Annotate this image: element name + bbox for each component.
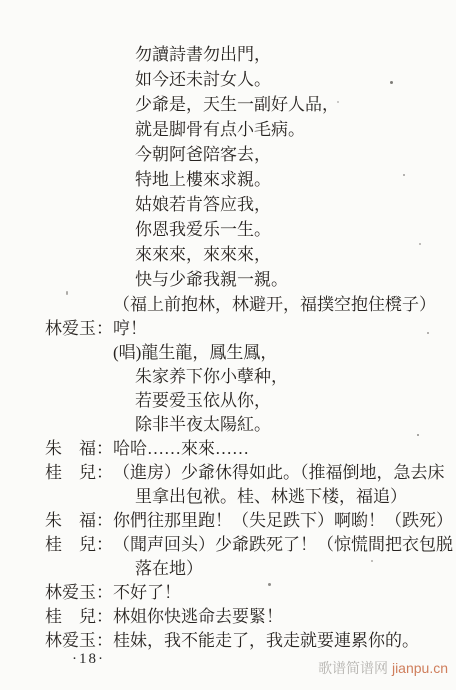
dialogue-row: 林爱玉： 不好了！ xyxy=(45,581,456,605)
dialogue-line: 林姐你快逃命去要緊！ xyxy=(113,605,456,629)
speaker-name xyxy=(45,341,113,437)
watermark: 歌谱简谱网 jianpu.cn xyxy=(318,658,448,678)
dialogue-row: 朱 福： 你們往那里跑！（失足跌下）啊喲！（跌死） xyxy=(45,509,456,533)
dialogue-row: 桂 兒： 林姐你快逃命去要緊！ xyxy=(45,605,456,629)
verse-line: 特地上樓來求親。 xyxy=(135,167,456,192)
dialogue-row: 朱 福： 哈哈……來來…… xyxy=(45,437,456,461)
dialogue-section: 林爱玉： 哼！ (唱)龍生龍，鳳生鳳， 朱家养下你小孽种， 若要爱玉依从你， 除… xyxy=(45,317,456,653)
speaker-name: 林爱玉： xyxy=(45,581,113,605)
ink-speck xyxy=(66,291,68,295)
verse-line: 勿讀詩書勿出門， xyxy=(135,42,456,67)
ink-speck xyxy=(427,332,429,334)
dialogue-row: 桂 兒： （聞声回头）少爺跌死了！（惊慌間把衣包脱 落在地） xyxy=(45,533,456,581)
speaker-name: 林爱玉： xyxy=(45,629,113,653)
sung-line: 朱家养下你小孽种， xyxy=(113,365,456,389)
verse-line: 來來來，來來來， xyxy=(135,242,456,267)
speaker-name: 朱 福： xyxy=(45,437,113,461)
ink-speck xyxy=(371,560,373,562)
dialogue-line: 不好了！ xyxy=(113,581,456,605)
verse-line: 少爺是，天生一副好人品， xyxy=(135,92,456,117)
ink-speck xyxy=(417,434,419,436)
sung-line: 除非半夜太陽紅。 xyxy=(113,413,456,437)
dialogue-line: （進房）少爺休得如此。（推福倒地，急去床 xyxy=(113,461,456,485)
verse-line: 快与少爺我親一親。 xyxy=(135,267,456,292)
ink-speck xyxy=(403,174,405,176)
dialogue-row: 桂 兒： （進房）少爺休得如此。（推福倒地，急去床 里拿出包袱。桂、林逃下楼，福… xyxy=(45,461,456,509)
verse-line: 如今还未討女人。 xyxy=(135,67,456,92)
verse-line: 姑娘若肯答应我， xyxy=(135,192,456,217)
watermark-site-name: 歌谱简谱网 xyxy=(318,660,388,676)
speaker-name: 林爱玉： xyxy=(45,317,113,341)
stage-direction: （福上前抱林，林避开，福撲空抱住櫈子） xyxy=(45,292,456,317)
speaker-name: 朱 福： xyxy=(45,509,113,533)
dialogue-line: 哈哈……來來…… xyxy=(113,437,456,461)
ink-speck xyxy=(268,583,271,586)
ink-speck xyxy=(419,243,421,245)
verse-line: 今朝阿爸陪客去， xyxy=(135,142,456,167)
dialogue-line: （聞声回头）少爺跌死了！（惊慌間把衣包脱 xyxy=(113,533,456,557)
dialogue-line: 落在地） xyxy=(113,557,456,581)
page-number: ·18· xyxy=(72,651,105,668)
dialogue-line: 哼！ xyxy=(113,317,456,341)
script-page: 勿讀詩書勿出門， 如今还未討女人。 少爺是，天生一副好人品， 就是脚骨有点小毛病… xyxy=(0,0,456,690)
sung-line: (唱)龍生龍，鳳生鳳， xyxy=(113,341,456,365)
speaker-name: 桂 兒： xyxy=(45,461,113,509)
dialogue-row: 林爱玉： 哼！ xyxy=(45,317,456,341)
ink-speck xyxy=(337,101,339,103)
watermark-domain: jianpu.cn xyxy=(392,660,448,676)
speaker-name: 桂 兒： xyxy=(45,533,113,581)
ink-speck xyxy=(390,81,393,84)
dialogue-line: 你們往那里跑！（失足跌下）啊喲！（跌死） xyxy=(113,509,456,533)
dialogue-line: 里拿出包袱。桂、林逃下楼，福追） xyxy=(113,485,456,509)
dialogue-row: 林爱玉： 桂妹，我不能走了，我走就要連累你的。 xyxy=(45,629,456,653)
sung-verse-row: (唱)龍生龍，鳳生鳳， 朱家养下你小孽种， 若要爱玉依从你， 除非半夜太陽紅。 xyxy=(45,341,456,437)
sung-line: 若要爱玉依从你， xyxy=(113,389,456,413)
dialogue-line: 桂妹，我不能走了，我走就要連累你的。 xyxy=(113,629,456,653)
verse-line: 你恩我爱乐一生。 xyxy=(135,217,456,242)
opening-verse-block: 勿讀詩書勿出門， 如今还未討女人。 少爺是，天生一副好人品， 就是脚骨有点小毛病… xyxy=(45,42,456,292)
speaker-name: 桂 兒： xyxy=(45,605,113,629)
verse-line: 就是脚骨有点小毛病。 xyxy=(135,117,456,142)
